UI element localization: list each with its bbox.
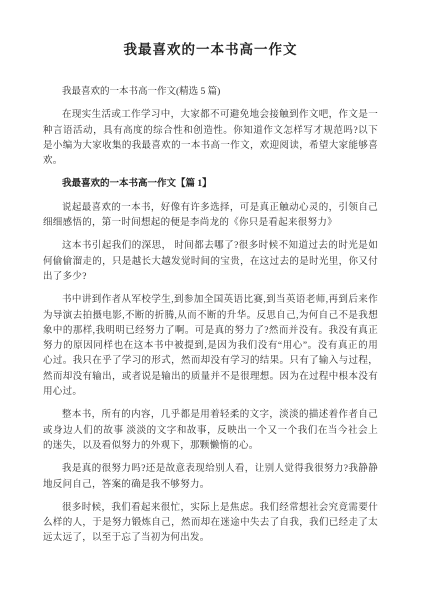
document-title: 我最喜欢的一本书高一作文 (43, 42, 378, 58)
body-paragraph-2: 这本书引起我们的深思， 时间都去哪了?很多时候不知道过去的时光是如何偷偷溜走的，… (43, 239, 378, 285)
body-paragraph-5: 我是真的很努力吗?还是故意表现给别人看，让别人觉得我很努力?我静静地反问自己，答… (43, 462, 378, 493)
body-paragraph-6: 很多时候，我们看起来很忙，实际上是焦虑。我们经常想社会究竟需要什么样的人，于是努… (43, 501, 378, 547)
intro-paragraph: 在现实生活或工作学习中，大家都不可避免地会接触到作文吧，作文是一种言语活动，具有… (43, 108, 378, 169)
section-heading-part1: 我最喜欢的一本书高一作文【篇 1】 (43, 177, 378, 192)
document-subtitle: 我最喜欢的一本书高一作文(精选 5 篇) (43, 85, 378, 100)
body-paragraph-3: 书中讲到作者从军校学生,到参加全国英语比赛,到当英语老师,再到后来作为导演去拍摄… (43, 293, 378, 400)
body-paragraph-1: 说起最喜欢的一本书，好像有许多选择，可是真正触动心灵的，引领自己细细感悟的，第一… (43, 201, 378, 232)
document-page: 我最喜欢的一本书高一作文 我最喜欢的一本书高一作文(精选 5 篇) 在现实生活或… (0, 0, 424, 600)
body-paragraph-4: 整本书，所有的内容，几乎都是用着轻柔的文字，淡淡的描述着作者自己或身边人们的故事… (43, 408, 378, 454)
